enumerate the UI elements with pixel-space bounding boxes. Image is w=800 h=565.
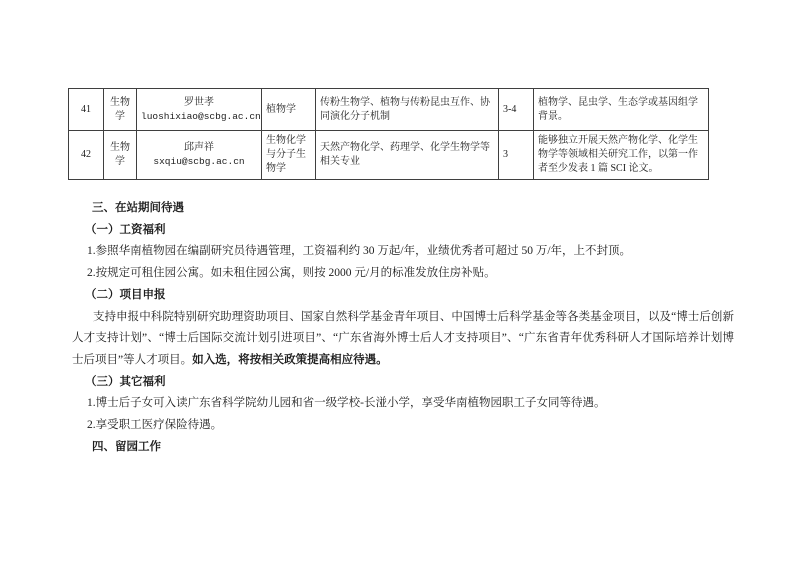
supervisor-name: 邱声祥 (141, 141, 257, 155)
supervisor-cell: 罗世孝 luoshixiao@scbg.ac.cn (137, 89, 262, 131)
supervisor-name: 罗世孝 (141, 96, 257, 110)
welfare-item-2: 2.享受职工医疗保险待遇。 (72, 415, 734, 437)
project-application-emphasis: 如入选，将按相关政策提高相应待遇。 (192, 354, 388, 366)
project-application-paragraph: 支持申报中科院特别研究助理资助项目、国家自然科学基金青年项目、中国博士后科学基金… (72, 307, 734, 372)
section-3-1-heading: （一）工资福利 (72, 220, 734, 242)
salary-item-1: 1.参照华南植物园在编副研究员待遇管理，工资福利约 30 万起/年，业绩优秀者可… (72, 241, 734, 263)
research-direction-cell: 传粉生物学、植物与传粉昆虫互作、协同演化分子机制 (316, 89, 499, 131)
section-3-2-heading: （二）项目申报 (72, 285, 734, 307)
table-row: 41 生物学 罗世孝 luoshixiao@scbg.ac.cn 植物学 传粉生… (69, 89, 709, 131)
discipline-cell: 生物学 (104, 89, 137, 131)
recruitment-table: 41 生物学 罗世孝 luoshixiao@scbg.ac.cn 植物学 传粉生… (68, 88, 709, 180)
row-number: 41 (69, 89, 104, 131)
row-number: 42 (69, 131, 104, 180)
research-field-cell: 生物化学与分子生物学 (262, 131, 316, 180)
document-body: 三、在站期间待遇 （一）工资福利 1.参照华南植物园在编副研究员待遇管理，工资福… (72, 198, 734, 458)
salary-item-2: 2.按规定可租住园公寓。如未租住园公寓，则按 2000 元/月的标准发放住房补贴… (72, 263, 734, 285)
supervisor-email: luoshixiao@scbg.ac.cn (141, 110, 257, 124)
requirements-cell: 能够独立开展天然产物化学、化学生物学等领域相关研究工作，以第一作者至少发表 1 … (534, 131, 709, 180)
research-direction-cell: 天然产物化学、药理学、化学生物学等相关专业 (316, 131, 499, 180)
welfare-item-1: 1.博士后子女可入读广东省科学院幼儿园和省一级学校-长湴小学，享受华南植物园职工… (72, 393, 734, 415)
project-application-text: 支持申报中科院特别研究助理资助项目、国家自然科学基金青年项目、中国博士后科学基金… (72, 311, 734, 366)
requirements-cell: 植物学、昆虫学、生态学或基因组学背景。 (534, 89, 709, 131)
document-page: 41 生物学 罗世孝 luoshixiao@scbg.ac.cn 植物学 传粉生… (0, 0, 800, 565)
section-3-3-heading: （三）其它福利 (72, 372, 734, 394)
supervisor-email: sxqiu@scbg.ac.cn (141, 155, 257, 169)
section-3-heading: 三、在站期间待遇 (72, 198, 734, 220)
openings-cell: 3-4 (499, 89, 534, 131)
table-row: 42 生物学 邱声祥 sxqiu@scbg.ac.cn 生物化学与分子生物学 天… (69, 131, 709, 180)
discipline-cell: 生物学 (104, 131, 137, 180)
research-field-cell: 植物学 (262, 89, 316, 131)
section-4-heading: 四、留园工作 (72, 437, 734, 459)
openings-cell: 3 (499, 131, 534, 180)
supervisor-cell: 邱声祥 sxqiu@scbg.ac.cn (137, 131, 262, 180)
